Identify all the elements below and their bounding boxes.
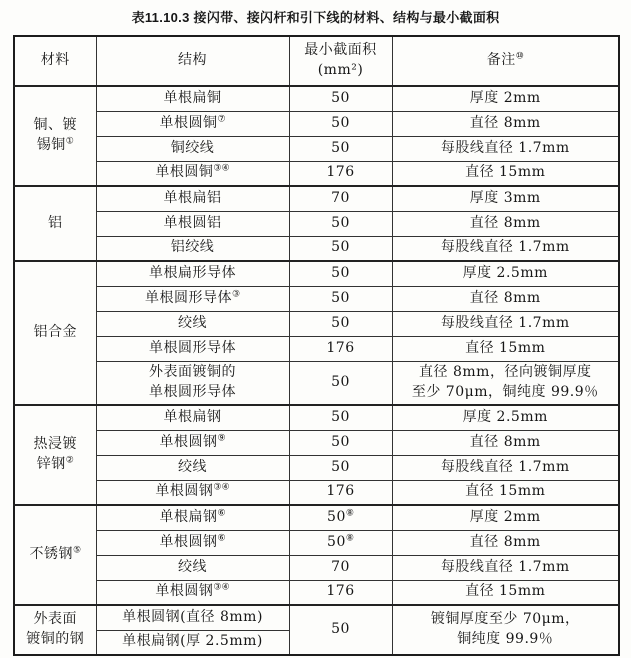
structure-cell: 绞线 [96, 311, 289, 336]
table-row: 绞线50每股线直径 1.7mm [14, 455, 619, 480]
remark-cell: 直径 8mm [392, 430, 619, 455]
min-section-cell: 50 [289, 605, 392, 655]
remark-cell: 直径 8mm [392, 111, 619, 136]
table-row: 单根圆铝50直径 8mm [14, 211, 619, 236]
table-row: 单根圆铜③④176直径 15mm [14, 161, 619, 186]
structure-cell: 单根圆铝 [96, 211, 289, 236]
document-page: 表11.10.3 接闪带、接闪杆和引下线的材料、结构与最小截面积 材料结构最小截… [0, 0, 631, 658]
min-section-cell: 70 [289, 555, 392, 580]
col-header-min-section: 最小截面积(mm²) [289, 36, 392, 86]
min-section-cell: 50 [289, 311, 392, 336]
structure-cell: 铜绞线 [96, 136, 289, 161]
structure-cell: 外表面镀铜的单根圆形导体 [96, 361, 289, 405]
structure-cell: 单根圆铜⑦ [96, 111, 289, 136]
structure-cell: 单根圆铜③④ [96, 161, 289, 186]
table-row: 铝绞线50每股线直径 1.7mm [14, 236, 619, 261]
table-header: 材料结构最小截面积(mm²)备注⑩ [14, 36, 619, 86]
remark-cell: 每股线直径 1.7mm [392, 136, 619, 161]
table-row: 铝单根扁铝70厚度 3mm [14, 186, 619, 211]
remark-cell: 厚度 2.5mm [392, 261, 619, 286]
table-row: 单根圆铜⑦50直径 8mm [14, 111, 619, 136]
structure-cell: 铝绞线 [96, 236, 289, 261]
min-section-cell: 50 [289, 405, 392, 430]
min-section-cell: 50 [289, 136, 392, 161]
structure-cell: 单根圆钢⑨ [96, 430, 289, 455]
structure-cell: 绞线 [96, 555, 289, 580]
structure-cell: 单根扁铜 [96, 86, 289, 111]
material-cell: 铜、镀锡铜① [14, 86, 96, 186]
table-row: 单根圆钢⑨50直径 8mm [14, 430, 619, 455]
table-row: 铜、镀锡铜①单根扁铜50厚度 2mm [14, 86, 619, 111]
table-row: 单根圆钢③④176直径 15mm [14, 480, 619, 505]
remark-cell: 直径 15mm [392, 480, 619, 505]
col-header-material: 材料 [14, 36, 96, 86]
remark-cell: 每股线直径 1.7mm [392, 555, 619, 580]
table-row: 外表面镀铜的钢单根圆钢(直径 8mm)50镀铜厚度至少 70μm，铜纯度 99.… [14, 605, 619, 630]
table-row: 绞线70每股线直径 1.7mm [14, 555, 619, 580]
min-section-cell: 50 [289, 430, 392, 455]
min-section-cell: 176 [289, 480, 392, 505]
structure-cell: 单根扁钢 [96, 405, 289, 430]
table-row: 绞线50每股线直径 1.7mm [14, 311, 619, 336]
remark-cell: 直径 8mm [392, 286, 619, 311]
min-section-cell: 70 [289, 186, 392, 211]
structure-cell: 单根扁形导体 [96, 261, 289, 286]
min-section-cell: 50 [289, 111, 392, 136]
remark-cell: 镀铜厚度至少 70μm，铜纯度 99.9％ [392, 605, 619, 655]
col-header-structure: 结构 [96, 36, 289, 86]
table-row: 铝合金单根扁形导体50厚度 2.5mm [14, 261, 619, 286]
table-row: 单根圆形导体③50直径 8mm [14, 286, 619, 311]
table-body: 铜、镀锡铜①单根扁铜50厚度 2mm单根圆铜⑦50直径 8mm铜绞线50每股线直… [14, 86, 619, 655]
structure-cell: 单根扁铝 [96, 186, 289, 211]
min-section-cell: 50⑧ [289, 530, 392, 555]
structure-cell: 单根圆钢③④ [96, 580, 289, 605]
min-section-cell: 50⑧ [289, 505, 392, 530]
remark-cell: 直径 8mm，径向镀铜厚度至少 70μm，铜纯度 99.9％ [392, 361, 619, 405]
table-row: 单根圆形导体176直径 15mm [14, 336, 619, 361]
min-section-cell: 50 [289, 361, 392, 405]
material-cell: 铝 [14, 186, 96, 261]
min-section-cell: 176 [289, 336, 392, 361]
material-cell: 不锈钢⑤ [14, 505, 96, 605]
table-title: 表11.10.3 接闪带、接闪杆和引下线的材料、结构与最小截面积 [0, 0, 631, 26]
header-row: 材料结构最小截面积(mm²)备注⑩ [14, 36, 619, 86]
min-section-cell: 50 [289, 211, 392, 236]
remark-cell: 厚度 2.5mm [392, 405, 619, 430]
remark-cell: 直径 8mm [392, 530, 619, 555]
material-cell: 铝合金 [14, 261, 96, 405]
structure-cell: 单根扁钢(厚 2.5mm) [96, 630, 289, 655]
remark-cell: 厚度 3mm [392, 186, 619, 211]
table-row: 铜绞线50每股线直径 1.7mm [14, 136, 619, 161]
remark-cell: 直径 8mm [392, 211, 619, 236]
min-section-cell: 50 [289, 261, 392, 286]
remark-cell: 厚度 2mm [392, 505, 619, 530]
remark-cell: 每股线直径 1.7mm [392, 311, 619, 336]
structure-cell: 单根圆形导体③ [96, 286, 289, 311]
remark-cell: 每股线直径 1.7mm [392, 455, 619, 480]
remark-cell: 直径 15mm [392, 580, 619, 605]
structure-cell: 单根圆钢⑥ [96, 530, 289, 555]
table-row: 单根圆钢⑥50⑧直径 8mm [14, 530, 619, 555]
table-row: 单根圆钢③④176直径 15mm [14, 580, 619, 605]
structure-cell: 单根扁钢⑥ [96, 505, 289, 530]
structure-cell: 单根圆钢(直径 8mm) [96, 605, 289, 630]
remark-cell: 每股线直径 1.7mm [392, 236, 619, 261]
spec-table: 材料结构最小截面积(mm²)备注⑩ 铜、镀锡铜①单根扁铜50厚度 2mm单根圆铜… [13, 35, 620, 656]
table-row: 不锈钢⑤单根扁钢⑥50⑧厚度 2mm [14, 505, 619, 530]
min-section-cell: 50 [289, 455, 392, 480]
structure-cell: 单根圆钢③④ [96, 480, 289, 505]
remark-cell: 直径 15mm [392, 161, 619, 186]
min-section-cell: 176 [289, 580, 392, 605]
structure-cell: 单根圆形导体 [96, 336, 289, 361]
table-row: 外表面镀铜的单根圆形导体50直径 8mm，径向镀铜厚度至少 70μm，铜纯度 9… [14, 361, 619, 405]
min-section-cell: 50 [289, 86, 392, 111]
min-section-cell: 50 [289, 286, 392, 311]
material-cell: 外表面镀铜的钢 [14, 605, 96, 655]
remark-cell: 直径 15mm [392, 336, 619, 361]
structure-cell: 绞线 [96, 455, 289, 480]
table-row: 热浸镀锌钢②单根扁钢50厚度 2.5mm [14, 405, 619, 430]
material-cell: 热浸镀锌钢② [14, 405, 96, 505]
min-section-cell: 176 [289, 161, 392, 186]
col-header-remark: 备注⑩ [392, 36, 619, 86]
min-section-cell: 50 [289, 236, 392, 261]
remark-cell: 厚度 2mm [392, 86, 619, 111]
